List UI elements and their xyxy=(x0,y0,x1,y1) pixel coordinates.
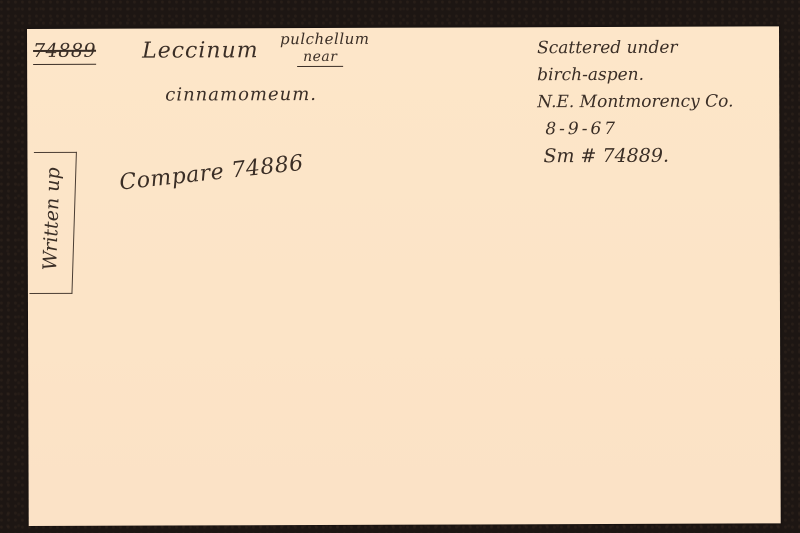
species-epithet: cinnamomeum. xyxy=(165,84,317,106)
collection-number: Sm # 74889. xyxy=(537,142,772,170)
collection-details: Scattered under birch-aspen. N.E. Montmo… xyxy=(537,34,772,170)
habitat-line-1: Scattered under xyxy=(537,34,772,62)
habitat-line-2: birch-aspen. xyxy=(537,61,772,89)
near-note: near xyxy=(297,49,343,67)
locality-line: N.E. Montmorency Co. xyxy=(537,88,772,116)
compare-note: Compare 74886 xyxy=(118,151,305,196)
written-up-box: Written up xyxy=(29,152,76,294)
genus-name: Leccinum xyxy=(142,38,259,63)
struck-through-old-number: 74889 xyxy=(33,40,96,65)
herbarium-label-card: 74889 Leccinum pulchellum near cinnamome… xyxy=(27,26,781,526)
collection-date: 8-9-67 xyxy=(537,115,772,143)
dark-background: 74889 Leccinum pulchellum near cinnamome… xyxy=(0,0,800,533)
written-up-note: Written up xyxy=(39,154,65,284)
above-genus-note: pulchellum xyxy=(280,30,370,48)
